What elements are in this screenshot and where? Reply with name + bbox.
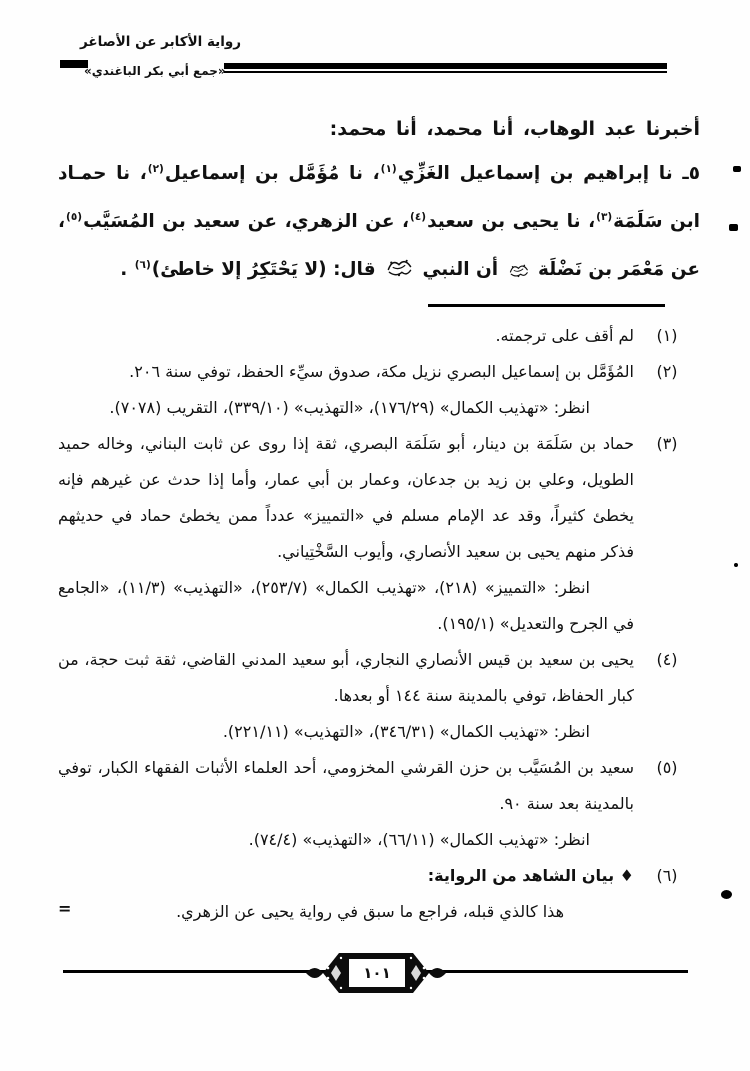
footnote-paragraph: انظر: «التمييز» (٢١٨)، «تهذيب الكمال» (٢… [58,570,634,642]
footnote-text: لم أقف على ترجمته. [58,318,634,354]
scan-artifact [734,563,738,567]
footnote-marker: (٥) [66,211,82,223]
matn-text: ابن سَلَمَة [613,211,700,232]
matn-text: ، [58,211,65,232]
footnotes-section: (١)لم أقف على ترجمته.(٢)المُؤَمَّل بن إس… [58,318,700,930]
header-rule-thin [224,71,667,73]
hadith-line: عن مَعْمَر بن نَضْلَة أن النبي قال: (لا … [58,246,700,294]
scan-artifact [733,166,741,172]
hadith-text: ٥ـ نا إبراهيم بن إسماعيل الغَزِّي(١)، نا… [58,150,700,294]
footnote-text: المُؤَمَّل بن إسماعيل البصري نزيل مكة، ص… [58,354,634,426]
matn-text: ، نا يحيى بن سعيد [427,211,595,232]
matn-text: عن مَعْمَر بن نَضْلَة [532,259,700,280]
scan-artifact [729,224,738,231]
book-title: رواية الأكابر عن الأصاغر [80,34,241,50]
salla-allahu-alayhi-wa-sallam-symbol [384,251,414,299]
header-rule-thick [224,63,667,69]
matn-text: قال: (لا يَحْتَكِرُ إلا خاطئ) [152,259,382,280]
footnote-paragraph: انظر: «تهذيب الكمال» (٦٦/١١)، «التهذيب» … [58,822,634,858]
matn-text: أن النبي [416,259,505,280]
footnote-paragraph: انظر: «تهذيب الكمال» (٣٤٦/٣١)، «التهذيب»… [58,714,634,750]
book-page: رواية الأكابر عن الأصاغر «جمع أبي بكر ال… [0,0,750,1071]
hadith-line: ابن سَلَمَة(٣)، نا يحيى بن سعيد(٤)، عن ا… [58,198,700,246]
matn-text: ، عن الزهري، عن سعيد بن المُسَيَّب [83,211,409,232]
footnote: (٦)♦ بيان الشاهد من الرواية:هذا كالذي قب… [58,858,700,930]
footnote-number: (٤) [634,642,700,750]
page-number: ١٠١ [349,959,405,987]
footnote-number: (٦) [634,858,700,930]
footnote-marker: (٤) [410,211,426,223]
footnote-paragraph: ♦ بيان الشاهد من الرواية: [58,858,634,894]
scan-artifact [721,890,732,899]
footnote-text: سعيد بن المُسَيَّب بن حزن القرشي المخزوم… [58,750,634,858]
footnote-paragraph: يحيى بن سعيد بن قيس الأنصاري النجاري، أب… [58,642,634,714]
footnote: (١)لم أقف على ترجمته. [58,318,700,354]
footnote-paragraph: حماد بن سَلَمَة بن دينار، أبو سَلَمَة ال… [58,426,634,570]
footnote-number: (١) [634,318,700,354]
footnote-paragraph: المُؤَمَّل بن إسماعيل البصري نزيل مكة، ص… [58,354,634,390]
footnote-marker: (٢) [148,163,164,175]
footnote-text: يحيى بن سعيد بن قيس الأنصاري النجاري، أب… [58,642,634,750]
page-number-ornament: ١٠١ [305,947,447,999]
footnote-number: (٥) [634,750,700,858]
matn-text: ، نا حمـاد [58,163,147,184]
book-compiler: «جمع أبي بكر الباغندي» [84,64,226,78]
footnote-number: (٣) [634,426,700,642]
footnote-paragraph: انظر: «تهذيب الكمال» (١٧٦/٢٩)، «التهذيب»… [58,390,634,426]
isnad-heading: أخبرنا عبد الوهاب، أنا محمد، أنا محمد: [58,113,700,145]
hadith-line: ٥ـ نا إبراهيم بن إسماعيل الغَزِّي(١)، نا… [58,150,700,198]
matn-text: ٥ـ نا إبراهيم بن إسماعيل الغَزِّي [398,163,700,184]
matn-text: ، نا مُؤَمَّل بن إسماعيل [165,163,380,184]
footnote-paragraph: هذا كالذي قبله، فراجع ما سبق في رواية يح… [58,894,634,930]
footnote-paragraph: سعيد بن المُسَيَّب بن حزن القرشي المخزوم… [58,750,634,822]
footnote-paragraph: لم أقف على ترجمته. [58,318,634,354]
footnote: (٤)يحيى بن سعيد بن قيس الأنصاري النجاري،… [58,642,700,750]
radi-allahu-anhu-symbol [507,251,530,299]
matn-text: . [120,259,133,280]
footnote-marker: (٣) [596,211,612,223]
footnote: (٥)سعيد بن المُسَيَّب بن حزن القرشي المخ… [58,750,700,858]
footnote-separator-rule [428,304,665,307]
footnote-text: حماد بن سَلَمَة بن دينار، أبو سَلَمَة ال… [58,426,634,642]
footnote: (٢)المُؤَمَّل بن إسماعيل البصري نزيل مكة… [58,354,700,426]
continuation-mark: = [58,899,71,918]
footnote-number: (٢) [634,354,700,426]
footnote-marker: (١) [381,163,397,175]
footnote-text: ♦ بيان الشاهد من الرواية:هذا كالذي قبله،… [58,858,634,930]
footnote-marker: (٦) [135,259,151,271]
footnote: (٣)حماد بن سَلَمَة بن دينار، أبو سَلَمَة… [58,426,700,642]
